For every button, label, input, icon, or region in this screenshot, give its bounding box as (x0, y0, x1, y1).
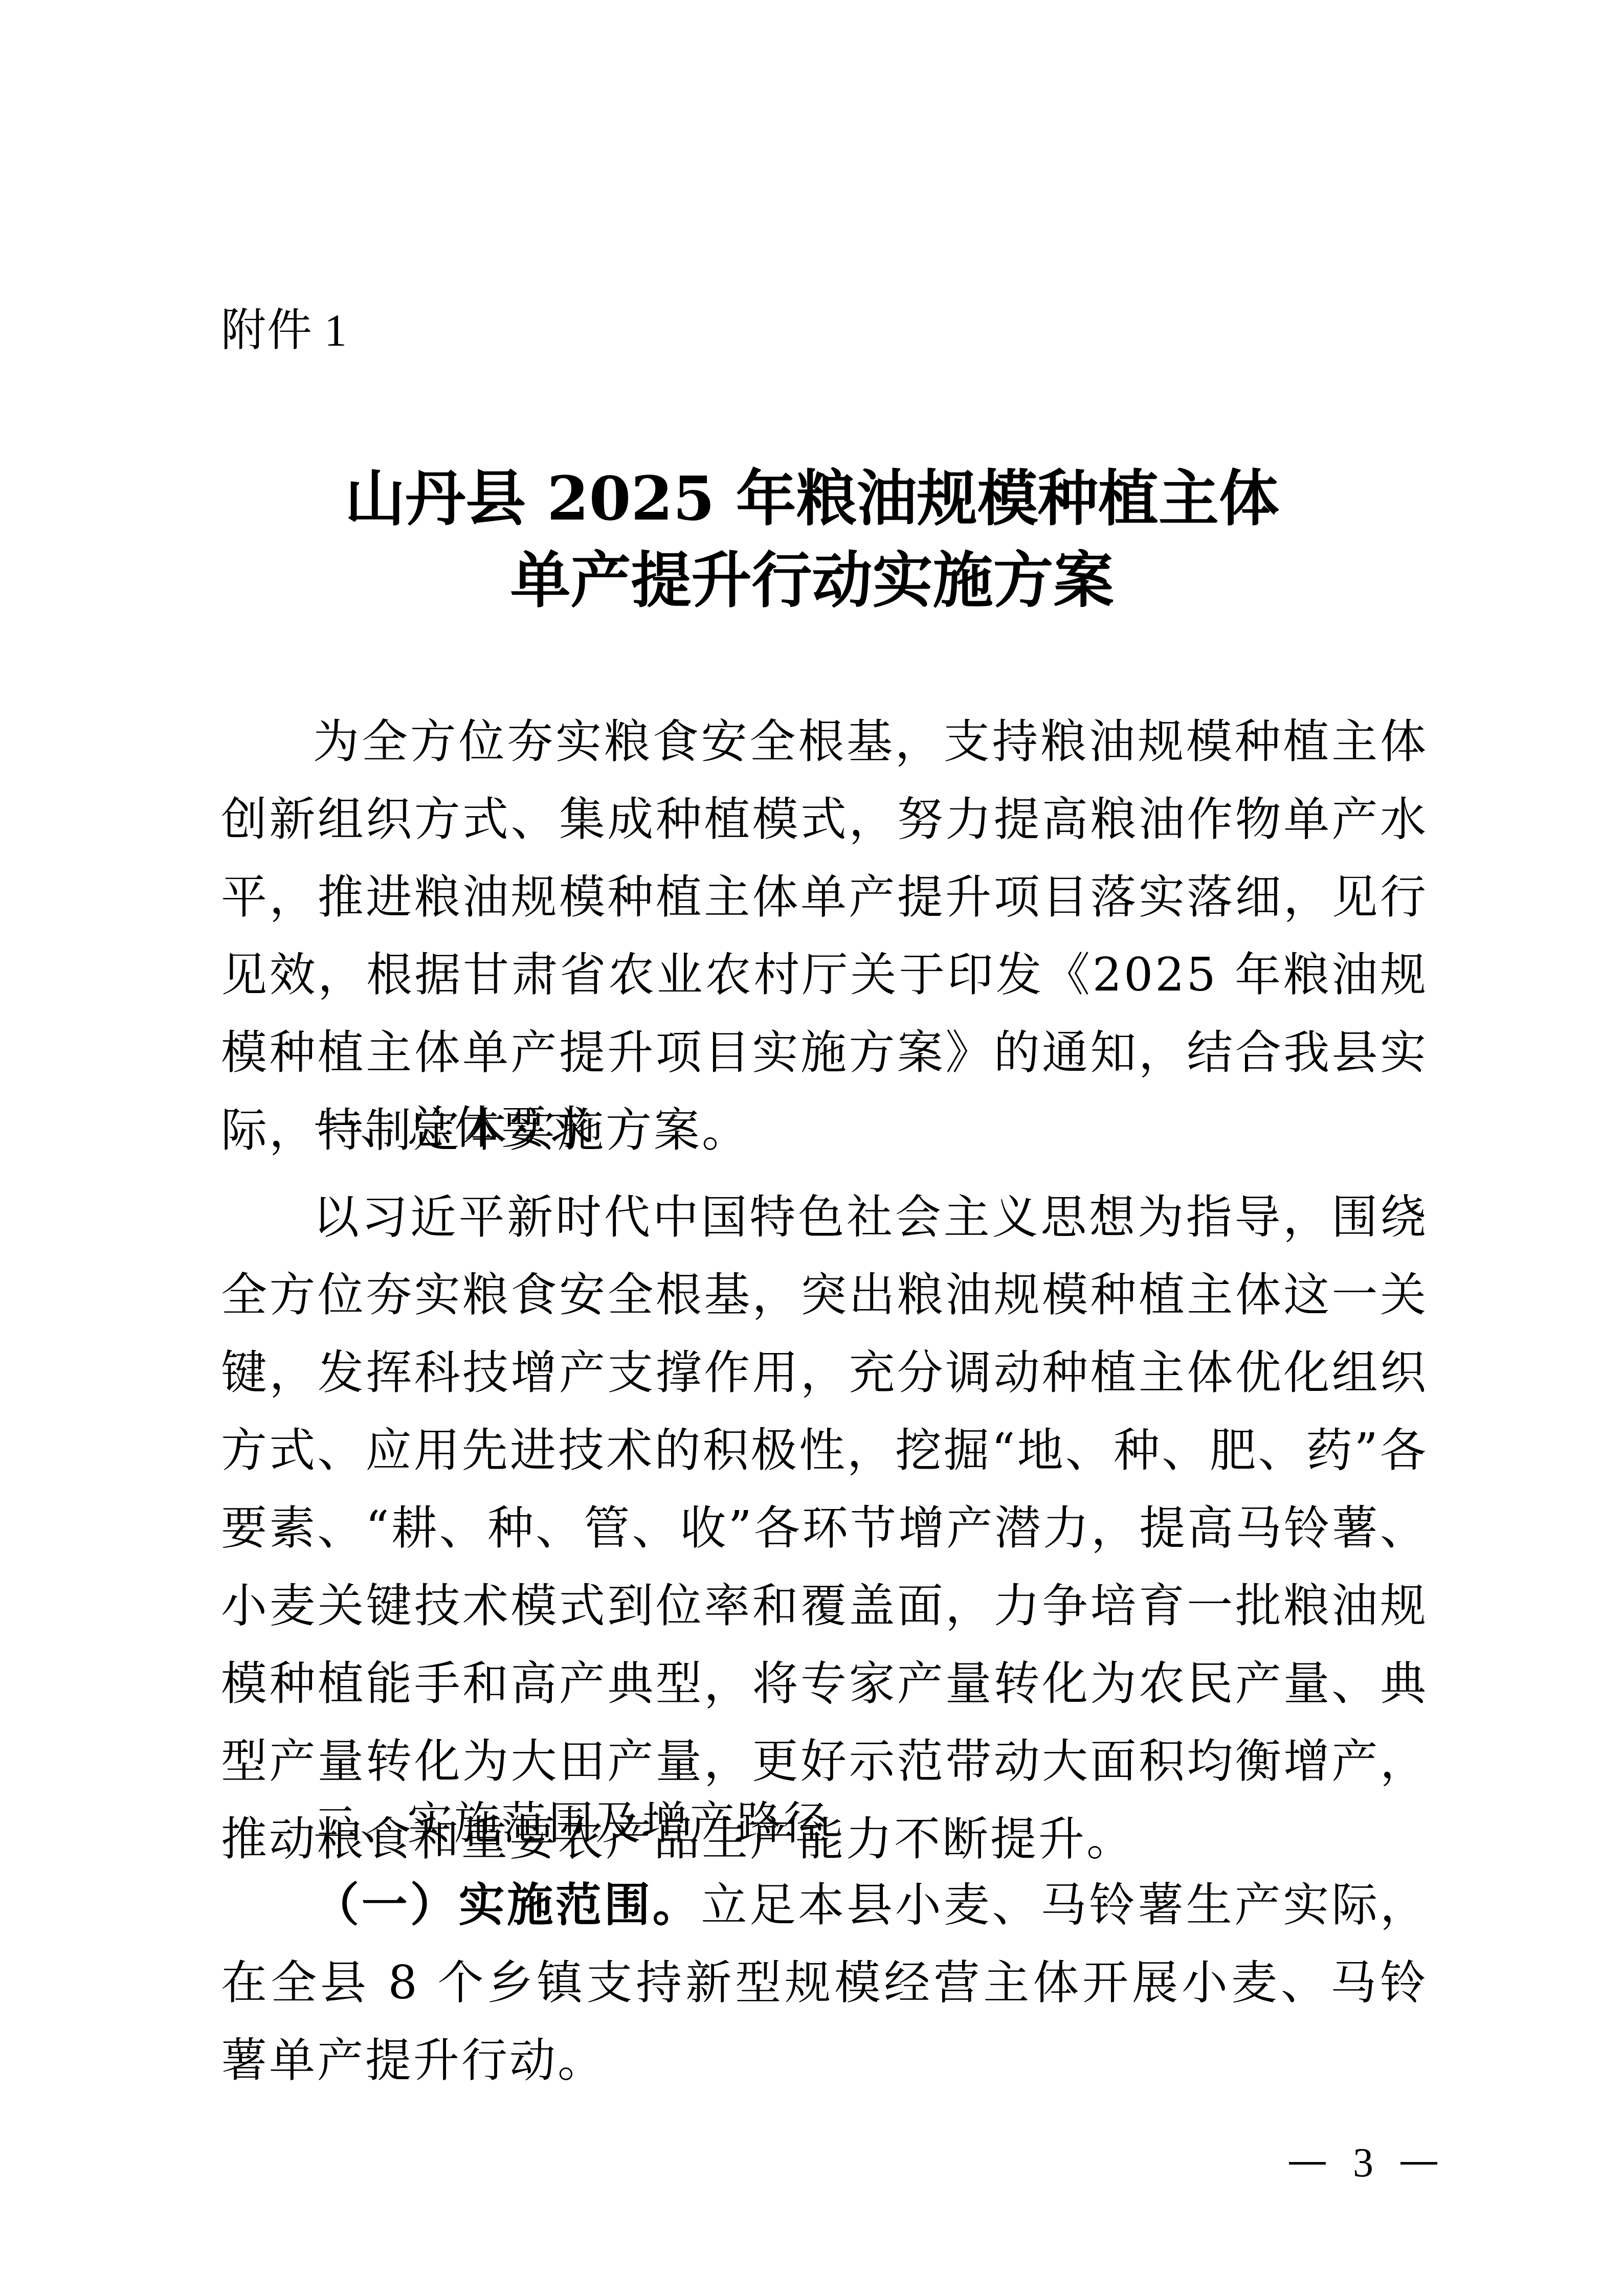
page-number: 3 (1289, 2143, 1437, 2184)
page-number-value: 3 (1353, 2143, 1373, 2184)
subsection-1-paragraph: （一）实施范围。立足本县小麦、马铃薯生产实际，在全县 8 个乡镇支持新型规模经营… (221, 1866, 1428, 2100)
attachment-label: 附件1 (221, 304, 348, 356)
section-heading-1: 一、总体要求 (313, 1099, 595, 1156)
section-heading-2: 二、实施范围及增产路径 (313, 1795, 831, 1851)
attachment-number: 1 (324, 306, 348, 355)
document-page: 附件1 山丹县 2025 年粮油规模种植主体 单产提升行动实施方案 为全方位夯实… (0, 0, 1624, 2296)
subsection-1-label: （一）实施范围。 (313, 1878, 701, 1932)
page-number-dash-left (1289, 2162, 1326, 2165)
section-1-paragraph: 以习近平新时代中国特色社会主义思想为指导，围绕全方位夯实粮食安全根基，突出粮油规… (221, 1179, 1428, 1878)
document-title-line-1: 山丹县 2025 年粮油规模种植主体 (0, 463, 1624, 534)
document-title-line-2: 单产提升行动实施方案 (0, 545, 1624, 616)
attachment-label-text: 附件 (221, 303, 313, 356)
page-number-dash-right (1400, 2162, 1437, 2165)
